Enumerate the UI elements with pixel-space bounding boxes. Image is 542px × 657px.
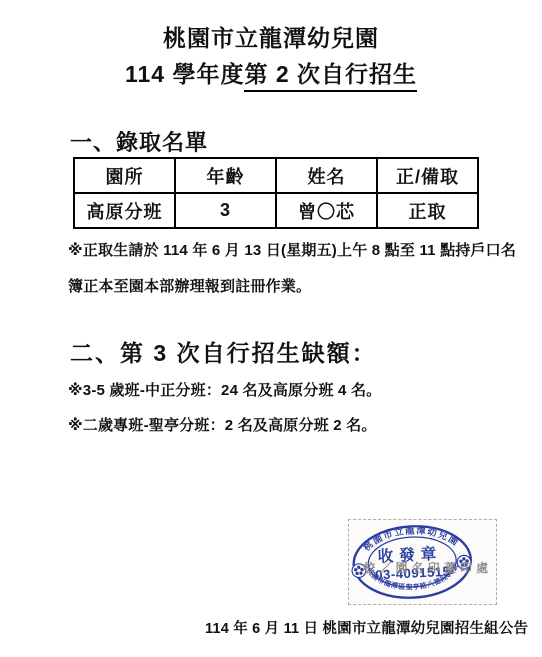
official-stamp: 桃園市立龍潭幼兒園 桃園市龍潭區聖亭路八德段66號 收發章 03-4091515: [348, 519, 497, 605]
col-header-age: 年齡: [175, 158, 276, 193]
table-header-row: 園所 年齡 姓名 正/備取: [74, 158, 478, 193]
vacancy-note-2: ※二歲專班-聖亭分班：2 名及高原分班 2 名。: [68, 414, 377, 435]
stamp-watermark-text: 校／園名印蓋印處: [362, 561, 492, 575]
registration-note-line2: 簿正本至園本部辦理報到註冊作業。: [68, 275, 311, 296]
page-title: 桃園市立龍潭幼兒園: [0, 20, 542, 53]
page-subtitle: 114 學年度第 2 次自行招生: [0, 56, 542, 92]
table-row: 高原分班 3 曾〇芯 正取: [74, 193, 478, 228]
col-header-name: 姓名: [276, 158, 377, 193]
cell-status: 正取: [377, 193, 478, 228]
section2-heading: 二、第 3 次自行招生缺額：: [70, 335, 377, 368]
footer-announcement-line: 114 年 6 月 11 日 桃園市立龍潭幼兒園招生組公告: [205, 617, 528, 638]
stamp-seal-graphic: 桃園市立龍潭幼兒園 桃園市龍潭區聖亭路八德段66號 收發章 03-4091515: [349, 520, 496, 604]
cell-name: 曾〇芯: [276, 193, 377, 228]
subtitle-underlined: 第 2 次自行招生: [244, 56, 417, 92]
vacancy-note-1: ※3-5 歲班-中正分班：24 名及高原分班 4 名。: [68, 379, 381, 400]
col-header-campus: 園所: [74, 158, 175, 193]
cell-age: 3: [175, 193, 276, 228]
subtitle-prefix: 114 學年度: [125, 61, 245, 87]
col-header-status: 正/備取: [377, 158, 478, 193]
admission-table: 園所 年齡 姓名 正/備取 高原分班 3 曾〇芯 正取: [73, 157, 479, 229]
section1-heading: 一、錄取名單: [70, 126, 208, 157]
registration-note-line1: ※正取生請於 114 年 6 月 13 日(星期五)上午 8 點至 11 點持戶…: [68, 239, 516, 260]
cell-campus: 高原分班: [74, 193, 175, 228]
announcement-page: 桃園市立龍潭幼兒園 114 學年度第 2 次自行招生 一、錄取名單 園所 年齡 …: [0, 0, 542, 657]
